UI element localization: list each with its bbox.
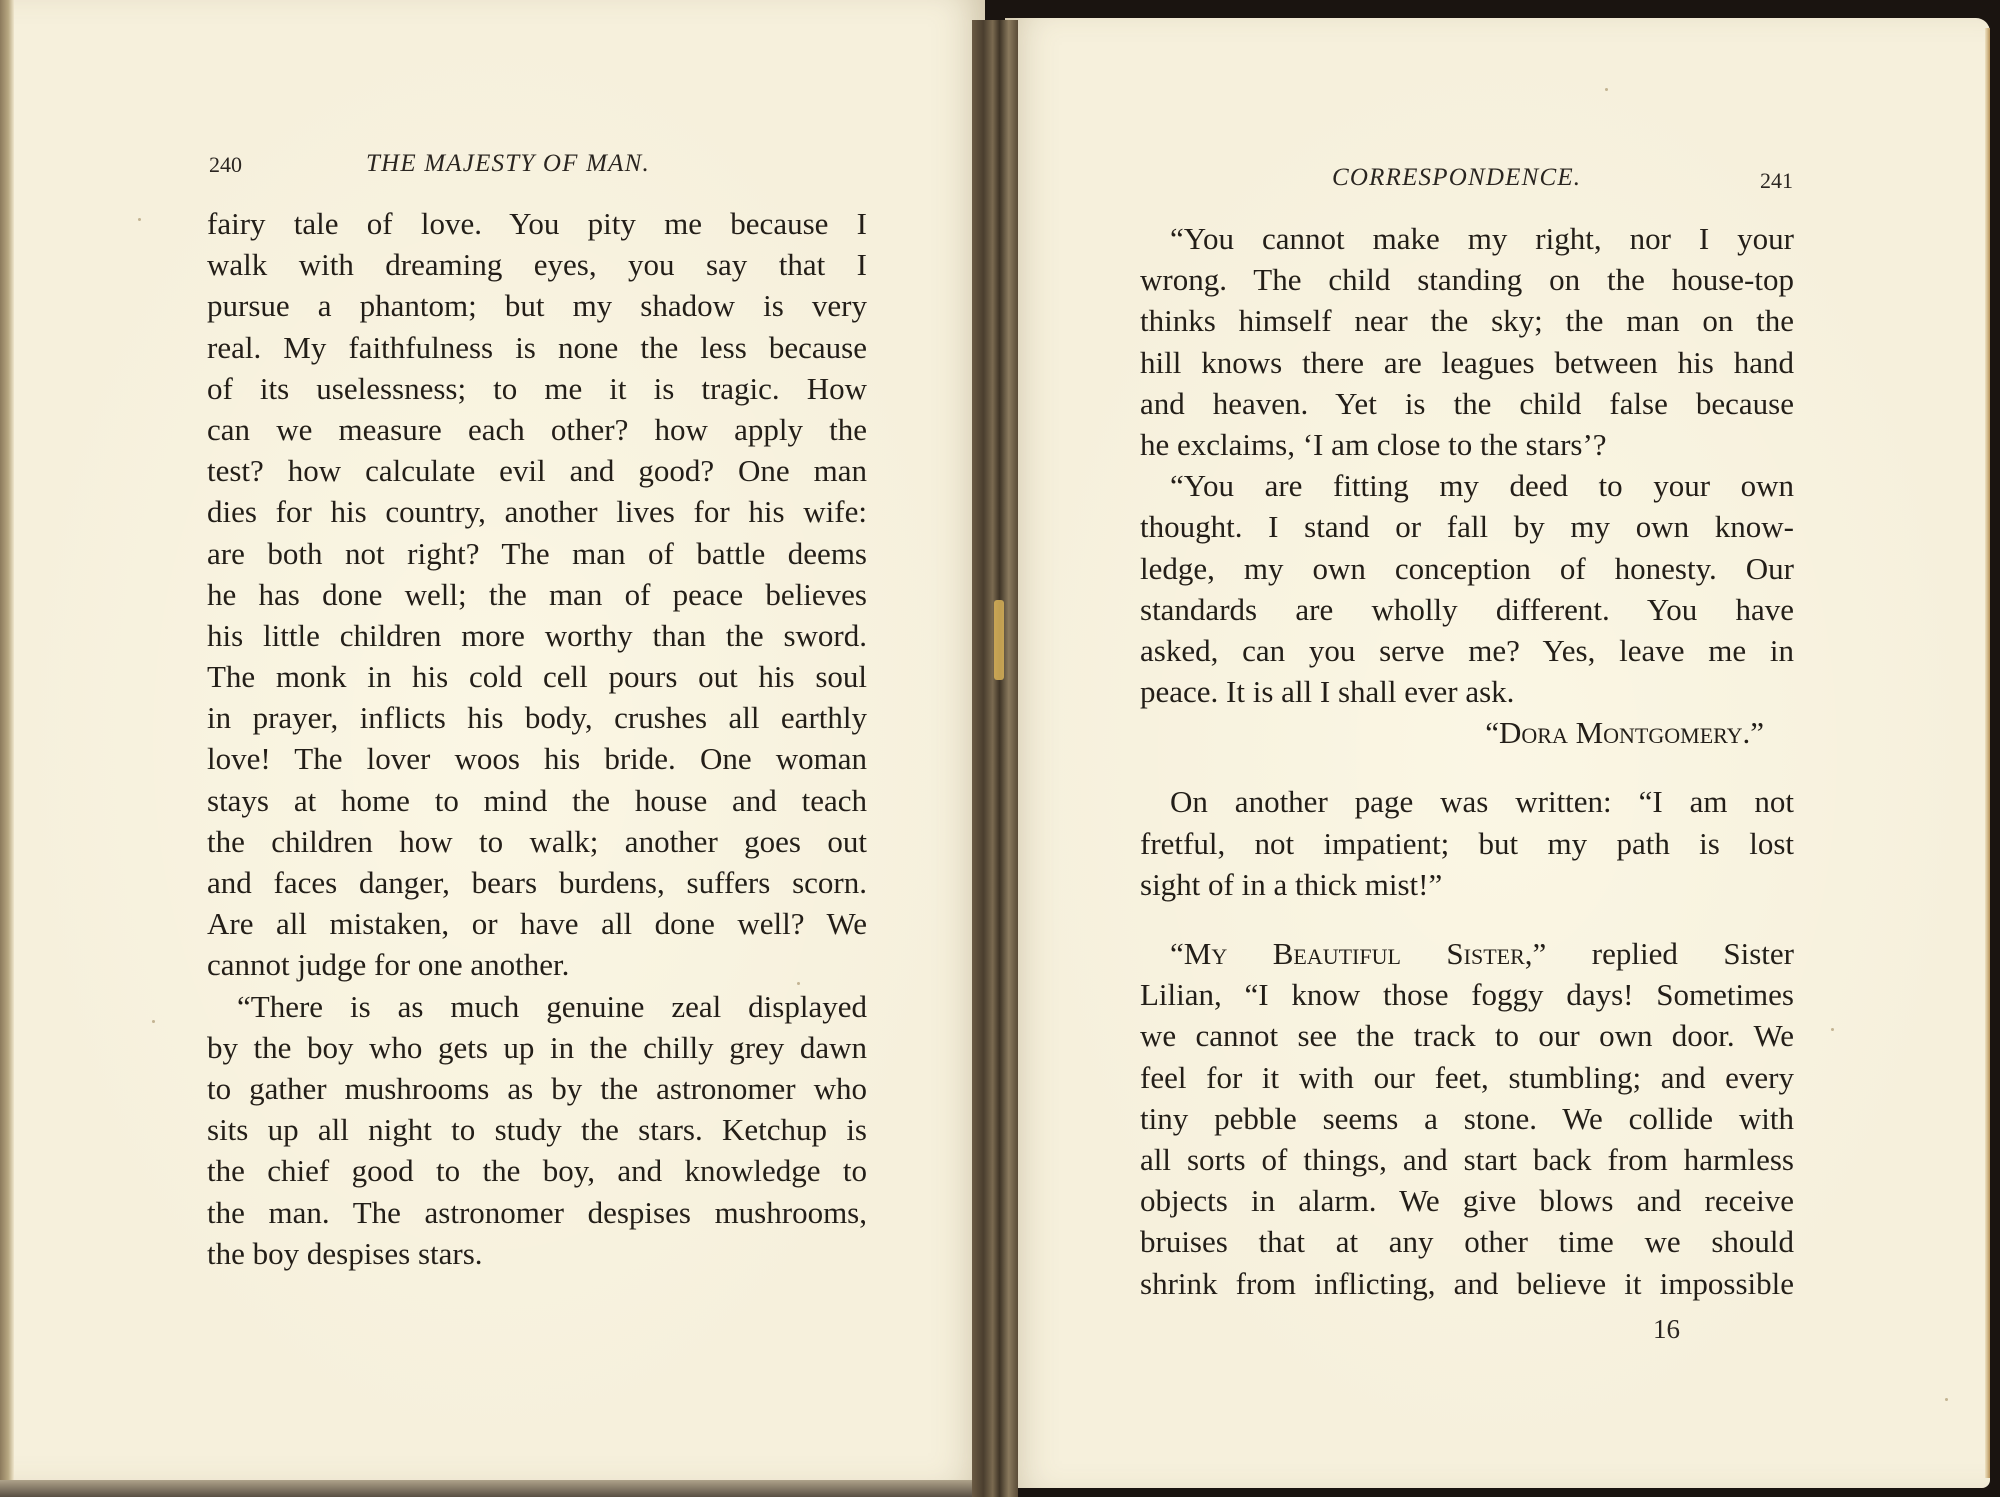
right-page: CORRESPONDENCE. 241 “You cannot make my … (1005, 18, 1990, 1488)
text-line: and faces danger, bears burdens, suffers… (207, 862, 867, 903)
text-line: bruises that at any other time we should (1140, 1221, 1794, 1262)
text-line: in prayer, inflicts his body, crushes al… (207, 697, 867, 738)
text-line: to gather mushrooms as by the astronomer… (207, 1068, 867, 1109)
text-line: Lilian, “I know those foggy days! Someti… (1140, 974, 1794, 1015)
open-quote: “ (1170, 936, 1184, 971)
text-line: we cannot see the track to our own door.… (1140, 1015, 1794, 1056)
paper-speck (1605, 88, 1608, 91)
salutation-small-caps: My Beautiful Sister, (1184, 936, 1533, 971)
text-line: by the boy who gets up in the chilly gre… (207, 1027, 867, 1068)
right-page-body: “You cannot make my right, nor I your wr… (1140, 218, 1794, 1304)
left-page-number: 240 (209, 152, 242, 178)
paragraph-2: “You are fitting my deed to your own tho… (1140, 465, 1794, 753)
text-line: “You are fitting my deed to your own (1140, 465, 1794, 506)
text-line: standards are wholly different. You have (1140, 589, 1794, 630)
text-line: the chief good to the boy, and knowledge… (207, 1150, 867, 1191)
text-line: tiny pebble seems a stone. We collide wi… (1140, 1098, 1794, 1139)
paper-speck (797, 982, 800, 985)
paragraph-spacer (1140, 753, 1794, 781)
text-line: The monk in his cold cell pours out his … (207, 656, 867, 697)
signature-mark: 16 (1653, 1314, 1680, 1345)
text-line: ledge, my own conception of honesty. Our (1140, 548, 1794, 589)
spine-tape-fragment (994, 600, 1004, 680)
paragraph-3: On another page was written: “I am not f… (1140, 781, 1794, 905)
letter-signature: “Dora Montgomery.” (1140, 712, 1794, 753)
text-line: are both not right? The man of battle de… (207, 533, 867, 574)
paper-speck (1831, 1028, 1834, 1031)
text-line: hill knows there are leagues between his… (1140, 342, 1794, 383)
text-line: walk with dreaming eyes, you say that I (207, 244, 867, 285)
text-line: love! The lover woos his bride. One woma… (207, 738, 867, 779)
text-line: he has done well; the man of peace belie… (207, 574, 867, 615)
paragraph-spacer (1140, 905, 1794, 933)
text-line: test? how calculate evil and good? One m… (207, 450, 867, 491)
text-line: he exclaims, ‘I am close to the stars’? (1140, 424, 1794, 465)
text-line: dies for his country, another lives for … (207, 491, 867, 532)
text-line: cannot judge for one another. (207, 944, 867, 985)
text-line: asked, can you serve me? Yes, leave me i… (1140, 630, 1794, 671)
right-running-head: CORRESPONDENCE. (1332, 164, 1581, 192)
text-line: “My Beautiful Sister,” replied Sister (1140, 933, 1794, 974)
text-line: pursue a phantom; but my shadow is very (207, 285, 867, 326)
text-line: thought. I stand or fall by my own know- (1140, 506, 1794, 547)
text-line: feel for it with our feet, stumbling; an… (1140, 1057, 1794, 1098)
open-book-spread: 240 THE MAJESTY OF MAN. fairy tale of lo… (0, 0, 2000, 1497)
text-line: sight of in a thick mist!” (1140, 864, 1794, 905)
paragraph-1: “You cannot make my right, nor I your wr… (1140, 218, 1794, 465)
text-line: “You cannot make my right, nor I your (1140, 218, 1794, 259)
text-line: sits up all night to study the stars. Ke… (207, 1109, 867, 1150)
paper-speck (1945, 1398, 1948, 1401)
text-line: fretful, not impatient; but my path is l… (1140, 823, 1794, 864)
text-line: all sorts of things, and start back from… (1140, 1139, 1794, 1180)
left-page: 240 THE MAJESTY OF MAN. fairy tale of lo… (0, 0, 985, 1480)
text-line: the boy despises stars. (207, 1233, 867, 1274)
paper-speck (152, 1020, 155, 1023)
paragraph-4: “My Beautiful Sister,” replied Sister Li… (1140, 933, 1794, 1304)
text-line: shrink from inflicting, and believe it i… (1140, 1263, 1794, 1304)
text-line: the man. The astronomer despises mushroo… (207, 1192, 867, 1233)
text-line: his little children more worthy than the… (207, 615, 867, 656)
text-line: fairy tale of love. You pity me because … (207, 203, 867, 244)
paper-speck (138, 218, 141, 221)
text-line: stays at home to mind the house and teac… (207, 780, 867, 821)
text-line: thinks himself near the sky; the man on … (1140, 300, 1794, 341)
text-line: and heaven. Yet is the child false becau… (1140, 383, 1794, 424)
text-line: objects in alarm. We give blows and rece… (1140, 1180, 1794, 1221)
page-bottom-edge (0, 1478, 985, 1497)
text-line: wrong. The child standing on the house-t… (1140, 259, 1794, 300)
text-line: On another page was written: “I am not (1140, 781, 1794, 822)
text-line: “There is as much genuine zeal displayed (207, 986, 867, 1027)
text-line: the children how to walk; another goes o… (207, 821, 867, 862)
text-line: can we measure each other? how apply the (207, 409, 867, 450)
text-line: Are all mistaken, or have all done well?… (207, 903, 867, 944)
left-running-head: THE MAJESTY OF MAN. (366, 150, 650, 178)
right-page-number: 241 (1760, 168, 1793, 194)
book-spine-gutter (972, 20, 1018, 1497)
text-line: peace. It is all I shall ever ask. (1140, 671, 1794, 712)
left-page-body: fairy tale of love. You pity me because … (207, 203, 867, 1274)
salutation-rest: ” replied Sister (1533, 936, 1794, 971)
text-line: of its uselessness; to me it is tragic. … (207, 368, 867, 409)
text-line: real. My faithfulness is none the less b… (207, 327, 867, 368)
